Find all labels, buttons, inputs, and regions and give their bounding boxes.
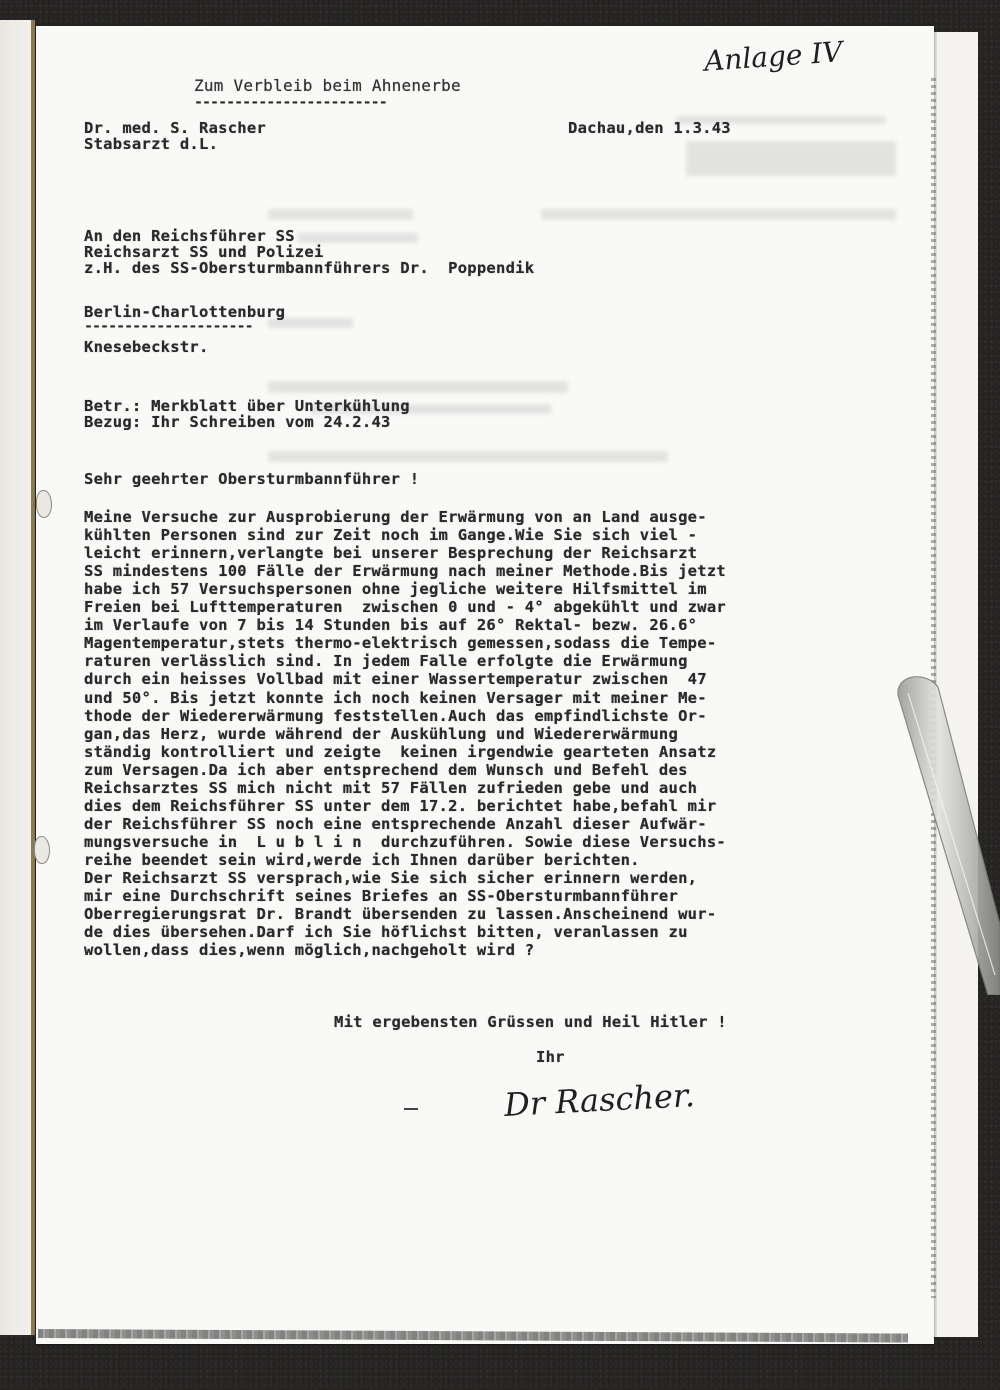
body-line: thode der Wiedererwärmung feststellen.Au…	[84, 708, 707, 725]
handwritten-signature: Dr Rascher.	[503, 1076, 696, 1124]
body-line: und 50°. Bis jetzt konnte ich noch keine…	[84, 690, 707, 707]
adjacent-page-left	[0, 20, 34, 1335]
body-line: zum Versagen.Da ich aber entsprechend de…	[84, 762, 688, 779]
body-line: kühlten Personen sind zur Zeit noch im G…	[84, 527, 697, 544]
salutation: Sehr geehrter Obersturmbannführer !	[84, 471, 419, 488]
body-line: Freien bei Lufttemperaturen zwischen 0 u…	[84, 599, 726, 616]
reference-line: Bezug: Ihr Schreiben vom 24.2.43	[84, 414, 391, 431]
closing-greeting: Mit ergebensten Grüssen und Heil Hitler …	[334, 1014, 727, 1031]
bleed-through-mark	[298, 233, 418, 243]
stray-mark	[404, 1108, 418, 1110]
body-line: Der Reichsarzt SS versprach,wie Sie sich…	[84, 870, 697, 887]
body-line: im Verlaufe von 7 bis 14 Stunden bis auf…	[84, 617, 697, 634]
bleed-through-mark	[541, 209, 896, 220]
body-line: wollen,dass dies,wenn möglich,nachgeholt…	[84, 942, 534, 959]
body-line: leicht erinnern,verlangte bei unserer Be…	[84, 545, 697, 562]
body-line: mir eine Durchschrift seines Briefes an …	[84, 888, 678, 905]
body-line: mungsversuche in L u b l i n durchzuführ…	[84, 834, 726, 851]
sender-title: Stabsarzt d.L.	[84, 136, 218, 153]
body-line: reihe beendet sein wird,werde ich Ihnen …	[84, 852, 640, 869]
body-line: habe ich 57 Versuchspersonen ohne jeglic…	[84, 581, 707, 598]
recipient-line-3: z.H. des SS-Obersturmbannführers Dr. Pop…	[84, 260, 534, 277]
city-underline: ---------------------	[84, 317, 253, 335]
letter-sheet: Anlage IV Zum Verbleib beim Ahnenerbe --…	[36, 26, 934, 1344]
binder-spine	[31, 20, 35, 1335]
body-line: ständig kontrolliert und zeigte keinen i…	[84, 744, 716, 761]
heading-underline: ------------------------	[194, 93, 387, 111]
punch-hole-lower	[34, 836, 50, 864]
body-line: Magentemperatur,stets thermo-elektrisch …	[84, 635, 716, 652]
body-line: raturen verlässlich sind. In jedem Falle…	[84, 653, 688, 670]
body-line: dies dem Reichsführer SS unter dem 17.2.…	[84, 798, 716, 815]
tweezers-icon	[890, 665, 1000, 995]
body-line: de dies übersehen.Darf ich Sie höflichst…	[84, 924, 688, 941]
recipient-street: Knesebeckstr.	[84, 339, 209, 356]
body-line: gan,das Herz, wurde während der Auskühlu…	[84, 726, 678, 743]
body-line: Reichsarztes SS mich nicht mit 57 Fällen…	[84, 780, 697, 797]
closing-ihr: Ihr	[536, 1049, 565, 1066]
body-line: der Reichsführer SS noch eine entspreche…	[84, 816, 707, 833]
bleed-through-mark	[268, 451, 668, 462]
body-line: SS mindestens 100 Fälle der Erwärmung na…	[84, 563, 726, 580]
body-line: Meine Versuche zur Ausprobierung der Erw…	[84, 509, 707, 526]
punch-hole-upper	[36, 490, 52, 518]
bleed-through-mark	[268, 381, 568, 393]
body-line: Oberregierungsrat Dr. Brandt übersenden …	[84, 906, 716, 923]
body-line: durch ein heisses Vollbad mit einer Wass…	[84, 671, 707, 688]
place-date: Dachau,den 1.3.43	[568, 120, 731, 137]
bleed-through-mark	[268, 209, 413, 220]
handwritten-annotation: Anlage IV	[703, 35, 844, 78]
bleed-through-mark	[686, 141, 896, 176]
